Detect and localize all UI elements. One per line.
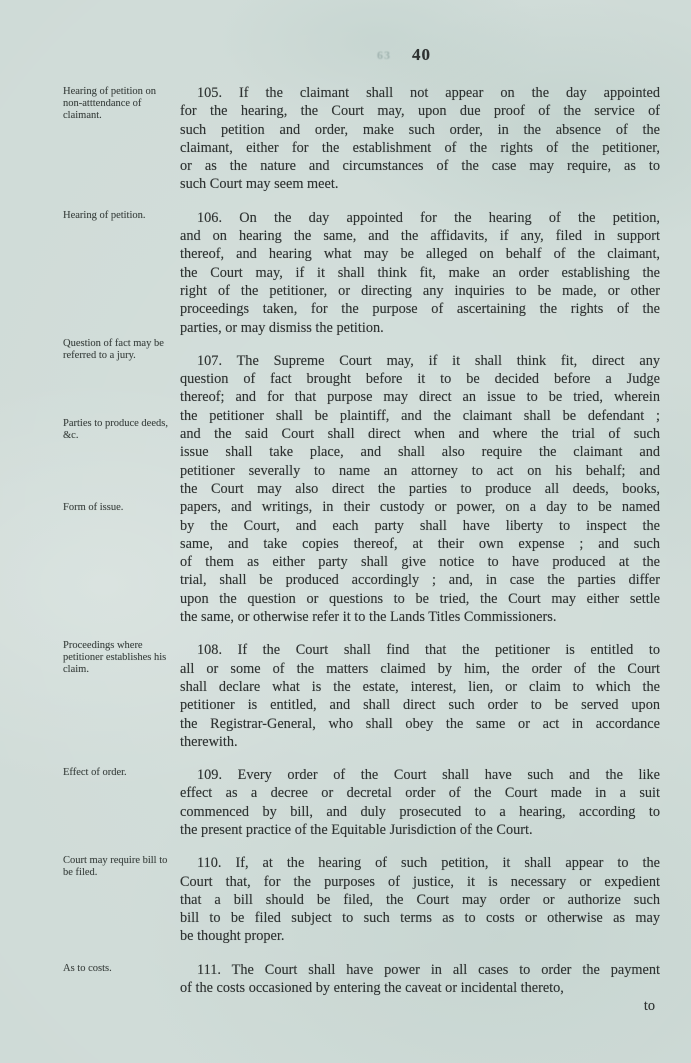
section-paragraph: 109. Every order of the Court shall have… — [180, 766, 660, 839]
margin-note-column: Effect of order. — [63, 766, 180, 839]
text-line: that a bill should be filed, the Court m… — [180, 891, 660, 909]
text-line: 107. The Supreme Court may, if it shall … — [180, 352, 660, 370]
statute-section-107: Question of fact may be referred to a ju… — [63, 352, 660, 626]
section-paragraph: 111. The Court shall have power in all c… — [180, 961, 660, 998]
text-line: Court that, for the purposes of justice,… — [180, 873, 660, 891]
statute-section-106: Hearing of petition.106. On the day appo… — [63, 209, 660, 337]
text-line: bill to be filed subject to such terms a… — [180, 909, 660, 927]
text-line: of them as either party shall give notic… — [180, 553, 660, 571]
text-line: the petitioner shall be plaintiff, and t… — [180, 407, 660, 425]
page-number: 40 — [412, 45, 431, 65]
margin-note: As to costs. — [63, 963, 175, 975]
text-line: trial, shall be produced accordingly ; a… — [180, 571, 660, 589]
margin-note-column: Question of fact may be referred to a ju… — [63, 352, 180, 626]
text-line: and on hearing the same, and the affidav… — [180, 227, 660, 245]
sections: Hearing of petition on non-atttendance o… — [63, 84, 660, 997]
margin-note: Effect of order. — [63, 767, 175, 779]
text-line: question of fact brought before it to be… — [180, 370, 660, 388]
page-content: Hearing of petition on non-atttendance o… — [63, 84, 660, 1016]
text-line: such petition and order, make such order… — [180, 121, 660, 139]
margin-note-column: As to costs. — [63, 961, 180, 998]
text-line: the Registrar-General, who shall obey th… — [180, 715, 660, 733]
statute-section-111: As to costs.111. The Court shall have po… — [63, 961, 660, 998]
text-line: 110. If, at the hearing of such petition… — [180, 854, 660, 872]
text-line: therewith. — [180, 733, 660, 751]
margin-note-column: Hearing of petition on non-atttendance o… — [63, 84, 180, 194]
section-paragraph: 106. On the day appointed for the hearin… — [180, 209, 660, 337]
text-line: petitioner is entitled, and shall direct… — [180, 696, 660, 714]
text-line: thereof, and hearing what may be alleged… — [180, 245, 660, 263]
text-line: the Court may, if it shall think fit, ma… — [180, 264, 660, 282]
text-line: upon the question or questions to be tri… — [180, 590, 660, 608]
section-paragraph: 107. The Supreme Court may, if it shall … — [180, 352, 660, 626]
margin-note-column: Hearing of petition. — [63, 209, 180, 337]
text-line: of the costs occasioned by entering the … — [180, 979, 660, 997]
margin-note: Proceedings where petitioner establishes… — [63, 640, 175, 676]
margin-note-column: Court may require bill to be filed. — [63, 854, 180, 945]
text-line: be thought proper. — [180, 927, 660, 945]
document-page: 63 40 Hearing of petition on non-atttend… — [0, 0, 691, 1063]
margin-note-column: Proceedings where petitioner establishes… — [63, 641, 180, 751]
margin-note: Question of fact may be referred to a ju… — [63, 338, 175, 362]
text-line: shall declare what is the estate, intere… — [180, 678, 660, 696]
text-line: by the Court, and each party shall have … — [180, 517, 660, 535]
text-line: 106. On the day appointed for the hearin… — [180, 209, 660, 227]
text-line: such Court may seem meet. — [180, 175, 660, 193]
text-line: for the hearing, the Court may, upon due… — [180, 102, 660, 120]
bleedthrough-mark: 63 — [377, 48, 391, 63]
text-line: 108. If the Court shall find that the pe… — [180, 641, 660, 659]
text-line: issue shall take place, and shall also r… — [180, 443, 660, 461]
text-line: claimant, either for the establishment o… — [180, 139, 660, 157]
text-line: or as the nature and circumstances of th… — [180, 157, 660, 175]
text-line: parties, or may dismiss the petition. — [180, 319, 660, 337]
margin-note: Hearing of petition on non-atttendance o… — [63, 86, 175, 122]
text-line: all or some of the matters claimed by hi… — [180, 660, 660, 678]
text-line: thereof; and for that purpose may direct… — [180, 388, 660, 406]
statute-section-109: Effect of order.109. Every order of the … — [63, 766, 660, 839]
text-line: the Court may also direct the parties to… — [180, 480, 660, 498]
text-line: 111. The Court shall have power in all c… — [180, 961, 660, 979]
statute-section-108: Proceedings where petitioner establishes… — [63, 641, 660, 751]
text-line: right of the petitioner, or directing an… — [180, 282, 660, 300]
section-paragraph: 105. If the claimant shall not appear on… — [180, 84, 660, 194]
text-line: same, and take copies thereof, at their … — [180, 535, 660, 553]
text-line: 109. Every order of the Court shall have… — [180, 766, 660, 784]
text-line: 105. If the claimant shall not appear on… — [180, 84, 660, 102]
text-line: commenced by bill, and duly prosecuted t… — [180, 803, 660, 821]
margin-note: Parties to produce deeds, &c. — [63, 418, 175, 442]
text-line: the same, or otherwise refer it to the L… — [180, 608, 660, 626]
catchword: to — [644, 998, 655, 1014]
text-line: and the said Court shall direct when and… — [180, 425, 660, 443]
catchword-line: to — [63, 997, 660, 1015]
text-line: effect as a decree or decretal order of … — [180, 784, 660, 802]
margin-note: Hearing of petition. — [63, 210, 175, 222]
text-line: petitioner severally to name an attorney… — [180, 462, 660, 480]
statute-section-110: Court may require bill to be filed.110. … — [63, 854, 660, 945]
section-paragraph: 108. If the Court shall find that the pe… — [180, 641, 660, 751]
text-line: the present practice of the Equitable Ju… — [180, 821, 660, 839]
margin-note: Court may require bill to be filed. — [63, 855, 175, 879]
text-line: papers, and writings, in their custody o… — [180, 498, 660, 516]
margin-note: Form of issue. — [63, 502, 175, 514]
text-line: proceedings taken, for the purpose of as… — [180, 300, 660, 318]
statute-section-105: Hearing of petition on non-atttendance o… — [63, 84, 660, 194]
section-paragraph: 110. If, at the hearing of such petition… — [180, 854, 660, 945]
